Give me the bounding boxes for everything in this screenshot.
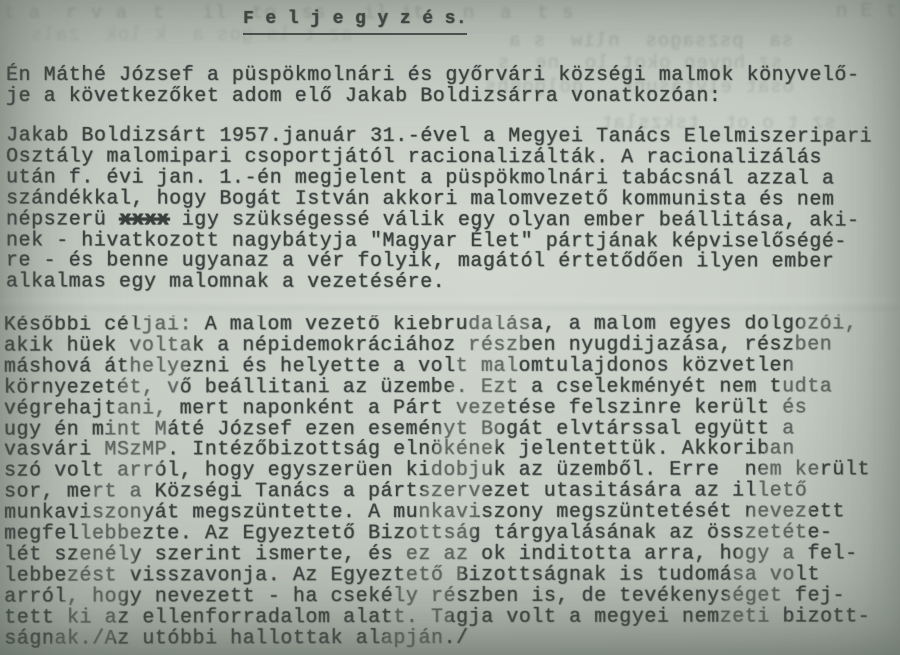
scanned-document-page: t a r v a t il to ss il it n a t s n E t… [0,0,900,655]
paragraph-rationalization: Jakab Boldizsárt 1957.január 31.-ével a … [6,126,872,294]
paragraph-later-goals: Későbbi céljai: A malom vezető kiebrudal… [4,314,871,650]
document-title: F e l j e g y z é s. [243,9,467,35]
paper-crease [0,299,900,310]
struck-out-word: xxxx [119,208,169,231]
paragraph-introduction: Én Máthé József a püspökmolnári és győrv… [6,66,860,108]
bleedthrough-text: n E t [836,0,898,22]
bleedthrough-text: sa pszsagos nliw s a [508,30,793,52]
